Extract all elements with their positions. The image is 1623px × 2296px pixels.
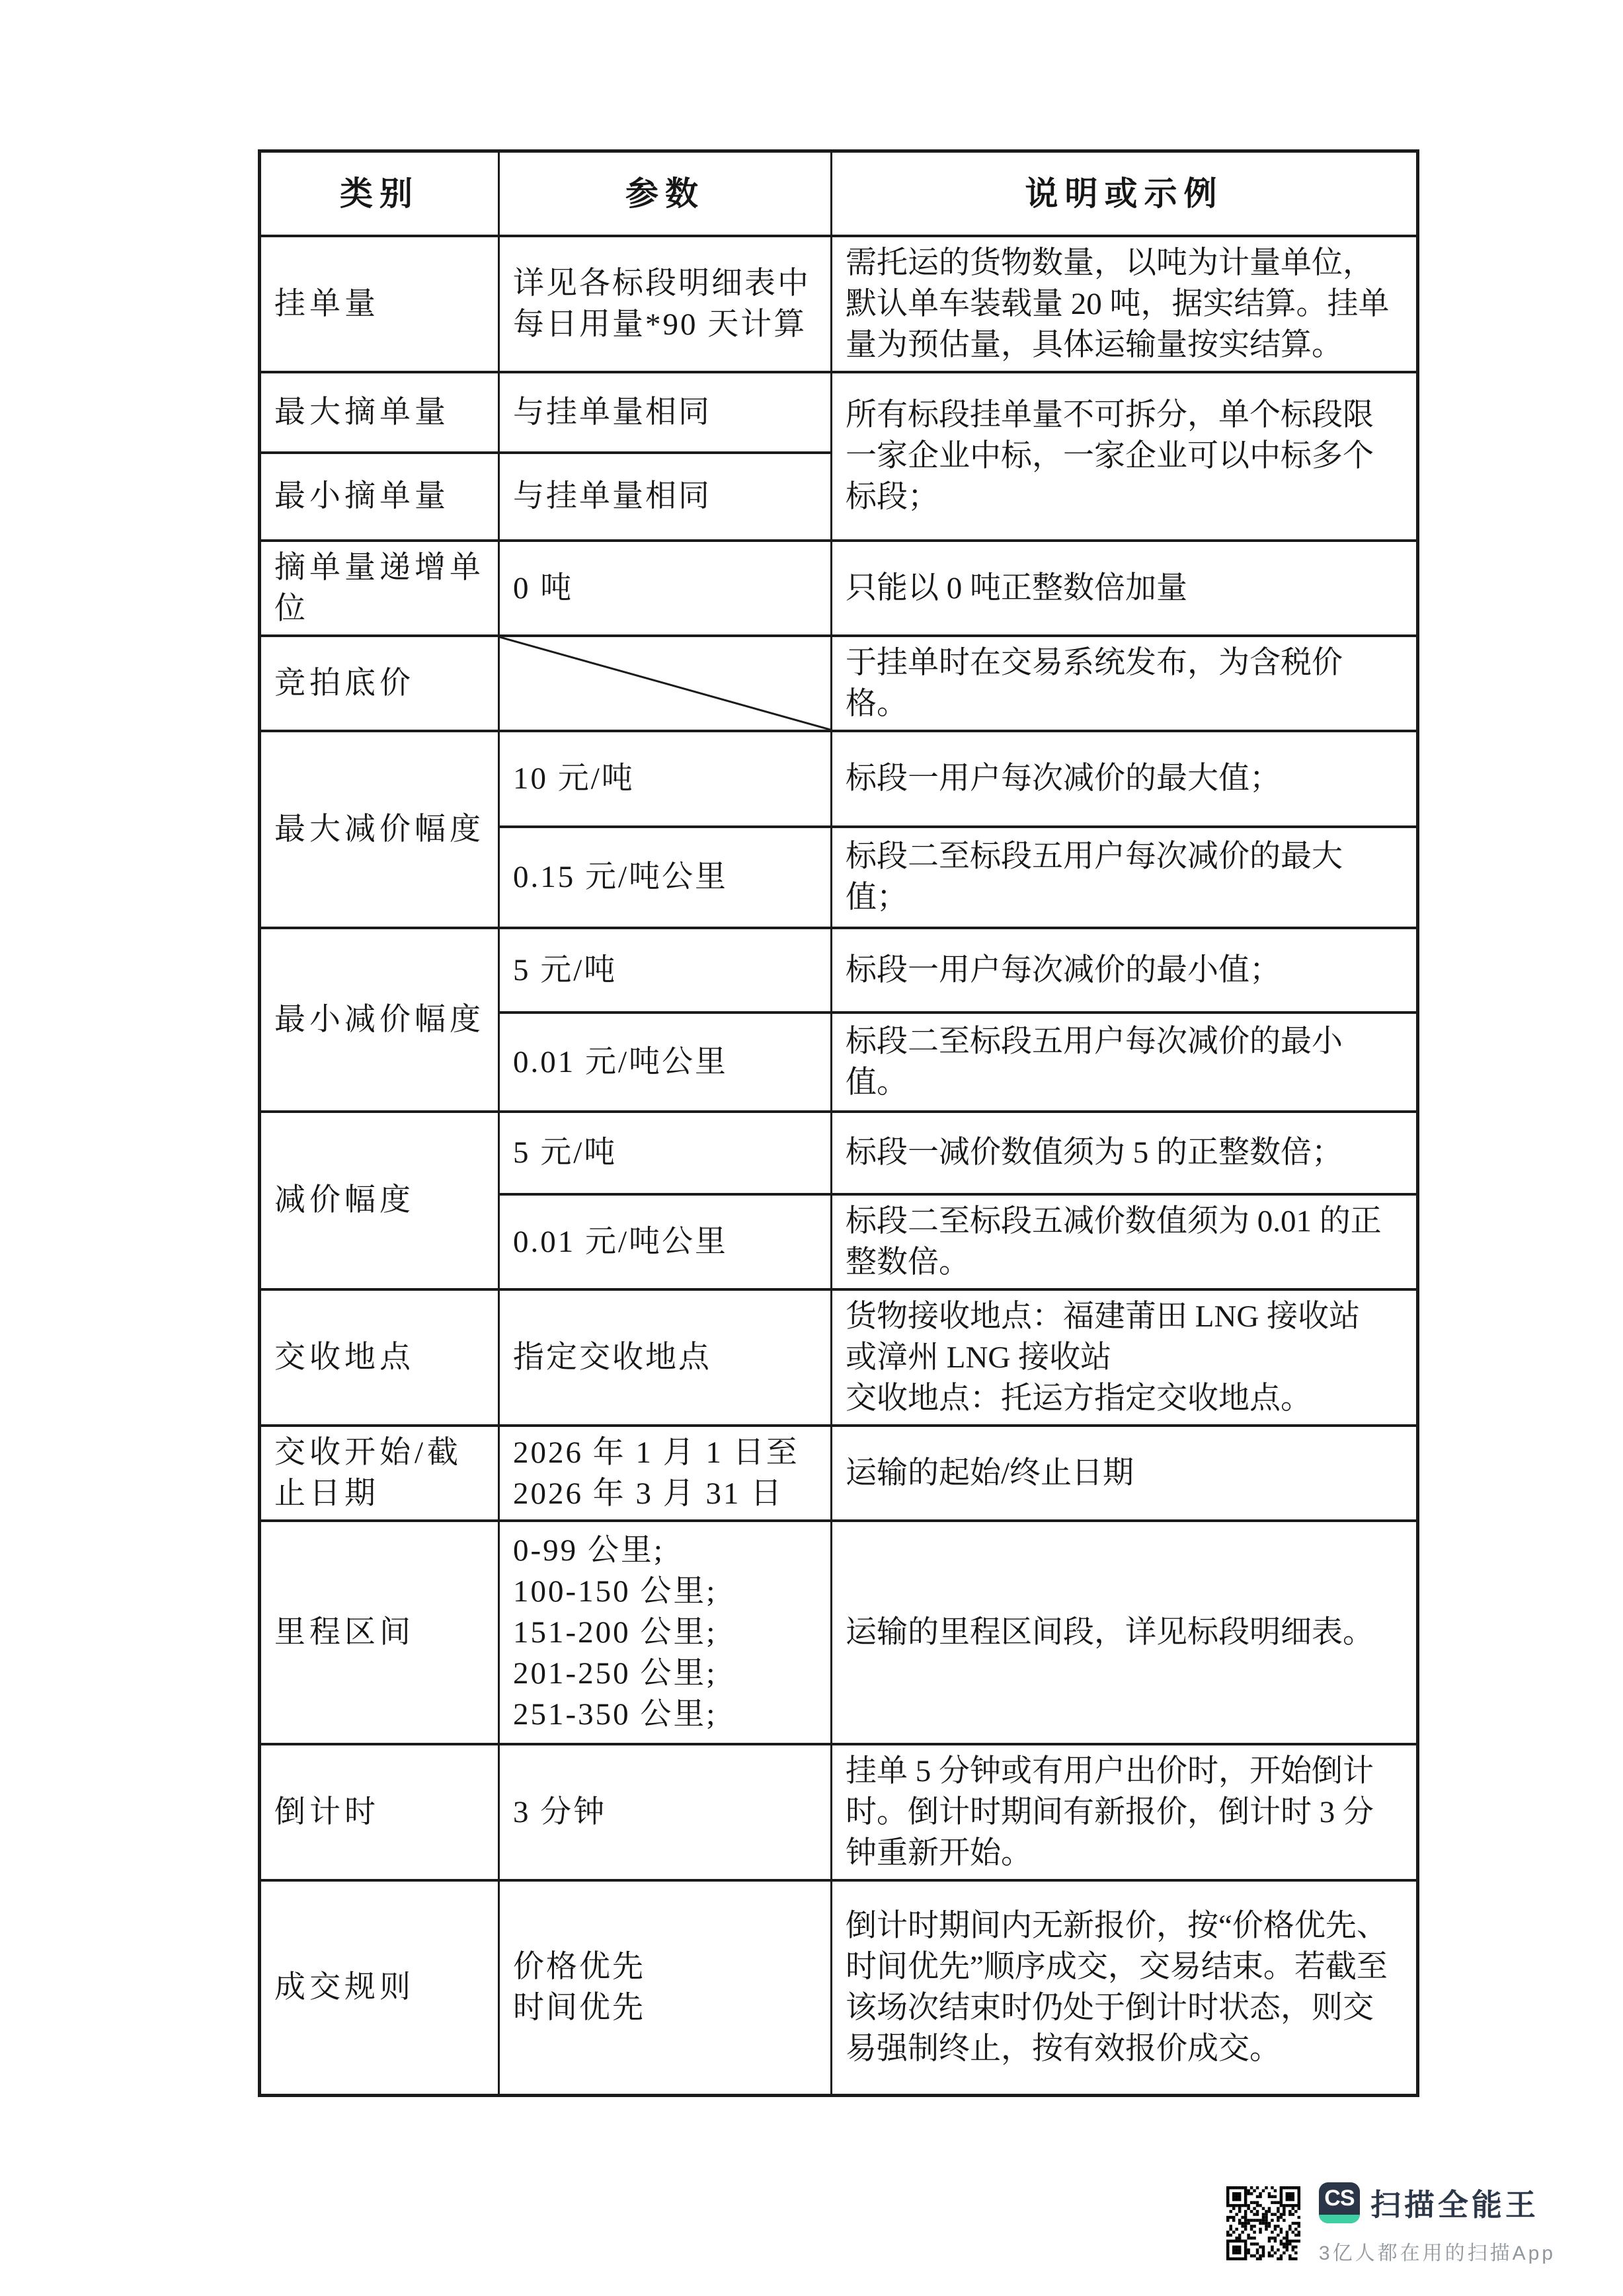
param-cell: 价格优先 时间优先 (499, 1880, 832, 2095)
category-cell: 成交规则 (260, 1880, 499, 2095)
category-cell-merged: 最大减价幅度 (260, 731, 499, 928)
table-row: 最小减价幅度 5 元/吨 标段一用户每次减价的最小值； (260, 928, 1418, 1013)
diagonal-slash-line (500, 637, 830, 730)
table-row: 摘单量递增单位 0 吨 只能以 0 吨正整数倍加量 (260, 541, 1418, 636)
desc-cell: 只能以 0 吨正整数倍加量 (832, 541, 1418, 636)
desc-cell: 需托运的货物数量，以吨为计量单位，默认单车装载量 20 吨，据实结算。挂单量为预… (832, 236, 1418, 372)
category-cell: 交收地点 (260, 1289, 499, 1426)
param-cell: 0-99 公里; 100-150 公里; 151-200 公里; 201-250… (499, 1521, 832, 1744)
table-row: 减价幅度 5 元/吨 标段一减价数值须为 5 的正整数倍； (260, 1112, 1418, 1194)
param-cell: 5 元/吨 (499, 928, 832, 1013)
param-cell: 0.01 元/吨公里 (499, 1194, 832, 1289)
category-cell: 最小摘单量 (260, 453, 499, 541)
category-cell: 里程区间 (260, 1521, 499, 1744)
desc-cell: 标段一用户每次减价的最小值； (832, 928, 1418, 1013)
param-cell: 2026 年 1 月 1 日至 2026 年 3 月 31 日 (499, 1426, 832, 1521)
desc-cell: 于挂单时在交易系统发布，为含税价格。 (832, 636, 1418, 731)
table-row: 里程区间 0-99 公里; 100-150 公里; 151-200 公里; 20… (260, 1521, 1418, 1744)
desc-cell: 标段一减价数值须为 5 的正整数倍； (832, 1112, 1418, 1194)
camscanner-watermark: CS 扫描全能王 3亿人都在用的扫描App (1226, 2181, 1556, 2266)
category-cell: 倒计时 (260, 1744, 499, 1880)
empty-slashed-cell (499, 636, 832, 731)
table-row: 最大摘单量 与挂单量相同 所有标段挂单量不可拆分，单个标段限一家企业中标，一家企… (260, 372, 1418, 453)
param-cell: 与挂单量相同 (499, 372, 832, 453)
category-cell-merged: 最小减价幅度 (260, 928, 499, 1112)
desc-cell: 标段一用户每次减价的最大值； (832, 731, 1418, 827)
logo-initials: CS (1319, 2182, 1360, 2215)
desc-cell: 标段二至标段五减价数值须为 0.01 的正整数倍。 (832, 1194, 1418, 1289)
param-cell: 0.15 元/吨公里 (499, 827, 832, 928)
desc-cell: 标段二至标段五用户每次减价的最小值。 (832, 1013, 1418, 1112)
qr-code (1226, 2186, 1300, 2260)
header-parameter: 参数 (499, 151, 832, 236)
param-cell: 详见各标段明细表中 每日用量*90 天计算 (499, 236, 832, 372)
param-cell: 0 吨 (499, 541, 832, 636)
table-row: 挂单量 详见各标段明细表中 每日用量*90 天计算 需托运的货物数量，以吨为计量… (260, 236, 1418, 372)
desc-cell-merged: 所有标段挂单量不可拆分，单个标段限一家企业中标，一家企业可以中标多个标段； (832, 372, 1418, 541)
param-cell: 与挂单量相同 (499, 453, 832, 541)
category-cell: 挂单量 (260, 236, 499, 372)
param-cell: 10 元/吨 (499, 731, 832, 827)
param-cell: 指定交收地点 (499, 1289, 832, 1426)
table-row: 成交规则 价格优先 时间优先 倒计时期间内无新报价，按“价格优先、时间优先”顺序… (260, 1880, 1418, 2095)
desc-cell: 挂单 5 分钟或有用户出价时，开始倒计时。倒计时期间有新报价，倒计时 3 分钟重… (832, 1744, 1418, 1880)
desc-cell: 运输的里程区间段，详见标段明细表。 (832, 1521, 1418, 1744)
category-cell: 最大摘单量 (260, 372, 499, 453)
table-row: 最大减价幅度 10 元/吨 标段一用户每次减价的最大值； (260, 731, 1418, 827)
parameters-table: 类别 参数 说明或示例 挂单量 详见各标段明细表中 每日用量*90 天计算 需托… (258, 149, 1419, 2097)
desc-cell: 标段二至标段五用户每次减价的最大值； (832, 827, 1418, 928)
app-tagline: 3亿人都在用的扫描App (1319, 2237, 1556, 2266)
category-cell: 交收开始/截止日期 (260, 1426, 499, 1521)
table-row: 交收地点 指定交收地点 货物接收地点：福建莆田 LNG 接收站 或漳州 LNG … (260, 1289, 1418, 1426)
desc-cell: 倒计时期间内无新报价，按“价格优先、时间优先”顺序成交，交易结束。若截至该场次结… (832, 1880, 1418, 2095)
table-row: 竞拍底价 于挂单时在交易系统发布，为含税价格。 (260, 636, 1418, 731)
header-description: 说明或示例 (832, 151, 1418, 236)
desc-cell: 运输的起始/终止日期 (832, 1426, 1418, 1521)
param-cell: 5 元/吨 (499, 1112, 832, 1194)
table-header-row: 类别 参数 说明或示例 (260, 151, 1418, 236)
category-cell: 竞拍底价 (260, 636, 499, 731)
app-name: 扫描全能王 (1370, 2181, 1539, 2225)
logo-teal-stripe (1319, 2215, 1360, 2223)
category-cell-merged: 减价幅度 (260, 1112, 499, 1289)
param-cell: 3 分钟 (499, 1744, 832, 1880)
param-cell: 0.01 元/吨公里 (499, 1013, 832, 1112)
table-row: 交收开始/截止日期 2026 年 1 月 1 日至 2026 年 3 月 31 … (260, 1426, 1418, 1521)
camscanner-logo-icon: CS (1319, 2182, 1360, 2223)
header-category: 类别 (260, 151, 499, 236)
desc-cell: 货物接收地点：福建莆田 LNG 接收站 或漳州 LNG 接收站 交收地点：托运方… (832, 1289, 1418, 1426)
category-cell: 摘单量递增单位 (260, 541, 499, 636)
watermark-text-block: CS 扫描全能王 3亿人都在用的扫描App (1319, 2181, 1556, 2266)
scanned-document-page: 类别 参数 说明或示例 挂单量 详见各标段明细表中 每日用量*90 天计算 需托… (0, 0, 1623, 2296)
table-row: 倒计时 3 分钟 挂单 5 分钟或有用户出价时，开始倒计时。倒计时期间有新报价，… (260, 1744, 1418, 1880)
